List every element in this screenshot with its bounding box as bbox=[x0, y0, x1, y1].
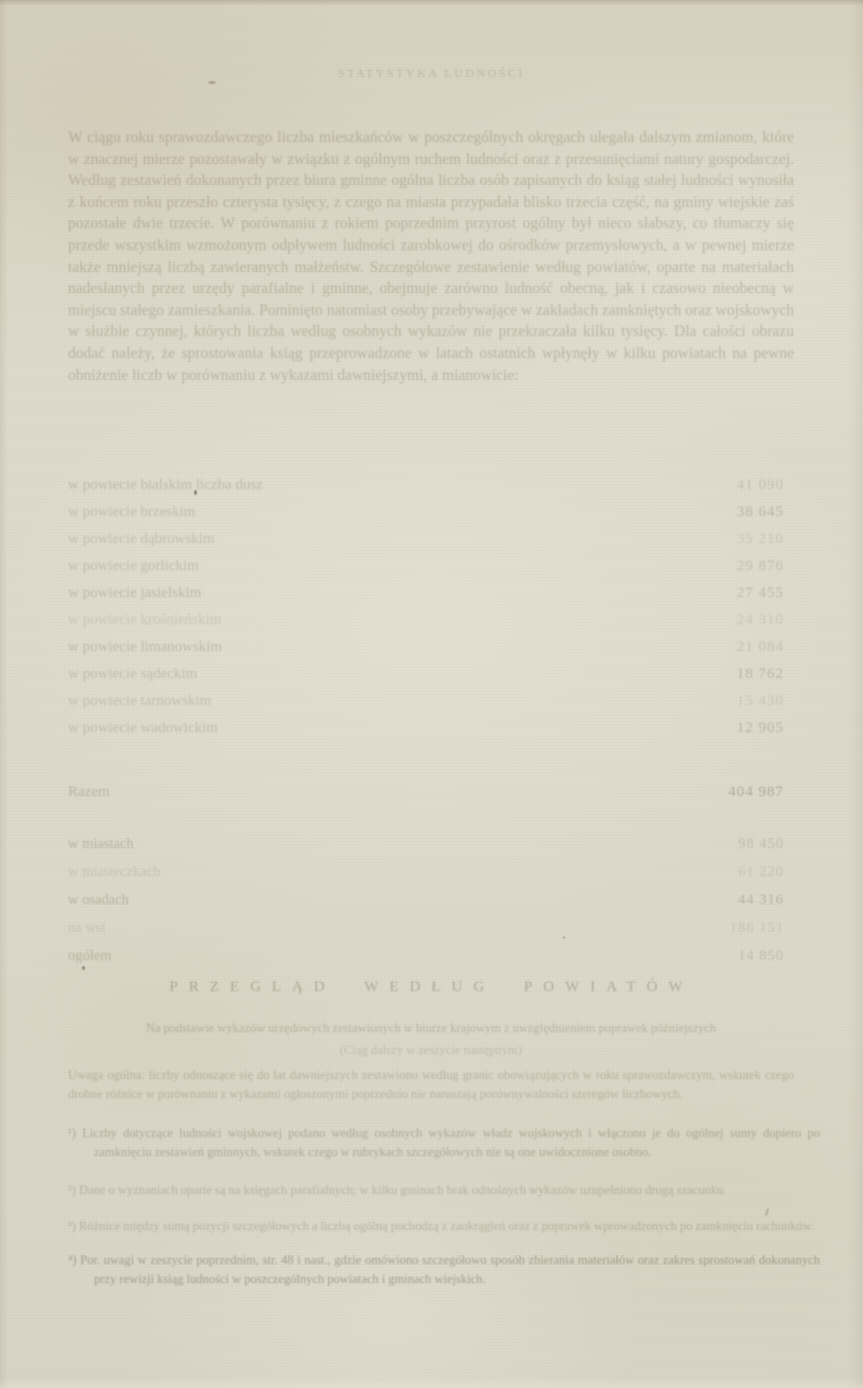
table-row: ogółem 14 850 bbox=[68, 948, 794, 976]
row-value: 18 762 bbox=[737, 666, 794, 683]
row-value: 98 450 bbox=[738, 836, 794, 853]
table-row: w powiecie brzeskim 38 645 bbox=[68, 504, 794, 531]
row-value: 27 455 bbox=[737, 585, 794, 602]
row-value: 61 220 bbox=[738, 864, 794, 881]
table-note-line2: (Ciąg dalszy w zeszycie następnym) bbox=[68, 1043, 794, 1058]
row-label: na wsi bbox=[68, 920, 105, 937]
scan-edge-bottom bbox=[0, 1378, 863, 1388]
row-value: 14 850 bbox=[738, 948, 794, 965]
row-value: 24 310 bbox=[737, 612, 794, 629]
footnote: ³) Różnice między sumą pozycji szczegóło… bbox=[68, 1217, 820, 1236]
stat-table: w powiecie bialskim liczba dusz 41 090 w… bbox=[68, 477, 794, 747]
table-row: w osadach 44 316 bbox=[68, 892, 794, 920]
row-value: 44 316 bbox=[738, 892, 794, 909]
table-row: w powiecie dąbrowskim 35 210 bbox=[68, 531, 794, 558]
row-label: w powiecie limanowskim bbox=[68, 639, 222, 656]
table-row: na wsi 186 151 bbox=[68, 920, 794, 948]
row-label: w powiecie wadowickim bbox=[68, 720, 218, 737]
ink-speck bbox=[765, 1208, 770, 1216]
row-label: w powiecie brzeskim bbox=[68, 504, 195, 521]
row-label: w powiecie krośnieńskim bbox=[68, 612, 221, 629]
ink-speck bbox=[563, 936, 565, 939]
footnote: ¹) Liczby dotyczące ludności wojskowej p… bbox=[68, 1124, 820, 1162]
footnote: ²) Dane o wyznaniach oparte są na księga… bbox=[68, 1181, 820, 1200]
table-row: w miasteczkach 61 220 bbox=[68, 864, 794, 892]
footnote: ⁴) Por. uwagi w zeszycie poprzednim, str… bbox=[68, 1251, 820, 1289]
table-row: w powiecie bialskim liczba dusz 41 090 bbox=[68, 477, 794, 504]
ink-speck bbox=[208, 81, 216, 84]
summary-row: Razem 404 987 bbox=[68, 784, 794, 801]
section-heading: PRZEGLĄD WEDŁUG POWIATÓW bbox=[0, 979, 863, 996]
table-row: w powiecie sądeckim 18 762 bbox=[68, 666, 794, 693]
row-label: w powiecie jasielskim bbox=[68, 585, 201, 602]
table-row: w powiecie limanowskim 21 084 bbox=[68, 639, 794, 666]
table-row: w miastach 98 450 bbox=[68, 836, 794, 864]
scanned-page: STATYSTYKA LUDNOŚCI W ciągu roku sprawoz… bbox=[0, 0, 863, 1388]
row-value: 186 151 bbox=[730, 920, 794, 937]
summary-value: 404 987 bbox=[728, 784, 794, 801]
summary-label: Razem bbox=[68, 784, 110, 801]
row-value: 38 645 bbox=[737, 504, 794, 521]
scan-edge-top bbox=[0, 0, 863, 6]
ink-speck bbox=[82, 966, 85, 970]
row-value: 12 905 bbox=[737, 720, 794, 737]
table-row: w powiecie jasielskim 27 455 bbox=[68, 585, 794, 612]
table-row: w powiecie gorlickim 29 876 bbox=[68, 558, 794, 585]
row-label: w powiecie gorlickim bbox=[68, 558, 199, 575]
row-value: 15 430 bbox=[737, 693, 794, 710]
table-row: w powiecie wadowickim 12 905 bbox=[68, 720, 794, 747]
secondary-table: w miastach 98 450 w miasteczkach 61 220 … bbox=[68, 836, 794, 976]
row-label: w powiecie dąbrowskim bbox=[68, 531, 215, 548]
ink-speck bbox=[194, 490, 197, 495]
row-label: w powiecie tarnowskim bbox=[68, 693, 211, 710]
row-value: 29 876 bbox=[737, 558, 794, 575]
row-value: 35 210 bbox=[737, 531, 794, 548]
row-label: w miasteczkach bbox=[68, 864, 160, 881]
row-label: w miastach bbox=[68, 836, 134, 853]
row-label: w powiecie bialskim liczba dusz bbox=[68, 477, 263, 494]
scan-edge-right bbox=[849, 0, 863, 1388]
scan-edge-left bbox=[0, 0, 8, 1388]
footnote: Uwaga ogólna: liczby odnoszące się do la… bbox=[68, 1066, 794, 1104]
row-value: 41 090 bbox=[737, 477, 794, 494]
table-note-line1: Na podstawie wykazów urzędowych zestawio… bbox=[68, 1021, 794, 1036]
running-header: STATYSTYKA LUDNOŚCI bbox=[0, 66, 863, 81]
row-label: w powiecie sądeckim bbox=[68, 666, 197, 683]
body-paragraph: W ciągu roku sprawozdawczego liczba mies… bbox=[68, 127, 794, 386]
table-row: w powiecie tarnowskim 15 430 bbox=[68, 693, 794, 720]
row-label: ogółem bbox=[68, 948, 112, 965]
row-value: 21 084 bbox=[737, 639, 794, 656]
table-row: w powiecie krośnieńskim 24 310 bbox=[68, 612, 794, 639]
row-label: w osadach bbox=[68, 892, 129, 909]
